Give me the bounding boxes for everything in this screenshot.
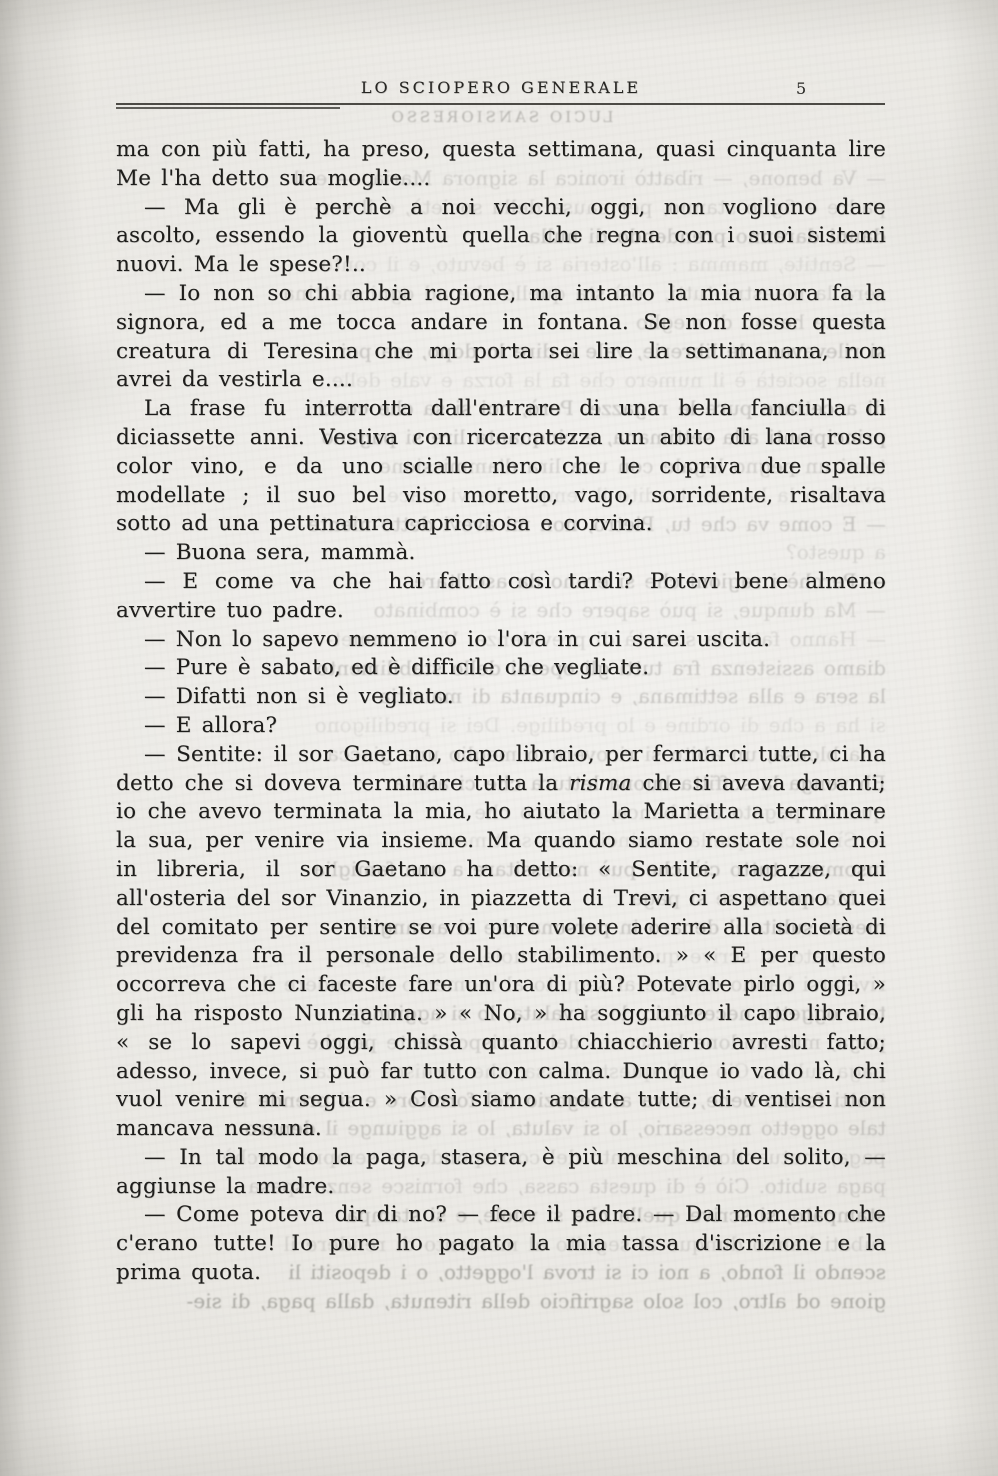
header-rule-left-segment: [116, 107, 340, 109]
running-title: LO SCIOPERO GENERALE: [116, 78, 886, 97]
book-page: LUCIO SANSIORESSO — Va benone, — ribattò…: [0, 0, 998, 1476]
paragraph-text: — In tal modo la paga, stasera, è più me…: [116, 1145, 886, 1199]
paragraph: — E allora?: [116, 712, 886, 741]
paragraph: — Non lo sapevo nemmeno io l'ora in cui …: [116, 626, 886, 655]
paragraph: — In tal modo la paga, stasera, è più me…: [116, 1144, 886, 1202]
paragraph: La frase fu interrotta dall'entrare di u…: [116, 395, 886, 539]
paragraph-text: — Buona sera, mammà.: [144, 540, 416, 565]
paragraph: — Pure è sabato, ed è difficile che vegl…: [116, 654, 886, 683]
paragraph-text: — Difatti non si è vegliato.: [144, 684, 454, 709]
paragraph-text: — Non lo sapevo nemmeno io l'ora in cui …: [144, 627, 770, 652]
paragraph: — Buona sera, mammà.: [116, 539, 886, 568]
paragraph-text: — E allora?: [144, 713, 277, 738]
paragraph-text: — Ma gli è perchè a noi vecchi, oggi, no…: [116, 195, 886, 278]
paragraph: — Come poteva dir di no? — fece il padre…: [116, 1201, 886, 1287]
page-number: 5: [796, 79, 806, 98]
paragraph-text: — E come va che hai fatto così tardi? Po…: [116, 569, 886, 623]
paragraph: — Difatti non si è vegliato.: [116, 683, 886, 712]
text-block: ma con più fatti, ha preso, questa setti…: [116, 136, 886, 1288]
paragraph: — Ma gli è perchè a noi vecchi, oggi, no…: [116, 194, 886, 280]
paragraph-text: — Come poteva dir di no? — fece il padre…: [116, 1202, 886, 1285]
italic-word: risma: [569, 771, 631, 796]
header-rule: [116, 103, 885, 105]
paragraph-text: Me l'ha detto sua moglie....: [116, 166, 430, 191]
bleedthrough-line: gione od altro, col solo sagrificio dell…: [116, 1289, 900, 1313]
paragraph: ma con più fatti, ha preso, questa setti…: [116, 136, 886, 165]
paragraph-text: — Pure è sabato, ed è difficile che vegl…: [144, 655, 649, 680]
paragraph: Me l'ha detto sua moglie....: [116, 165, 886, 194]
paragraph: — E come va che hai fatto così tardi? Po…: [116, 568, 886, 626]
paragraph-text: — Io non so chi abbia ragione, ma intant…: [116, 281, 886, 392]
paragraph: — Sentite: il sor Gaetano, capo libraio,…: [116, 741, 886, 1144]
paragraph-text: ma con più fatti, ha preso, questa setti…: [116, 137, 886, 162]
paragraph-text: La frase fu interrotta dall'entrare di u…: [116, 396, 886, 536]
bleedthrough-header: LUCIO SANSIORESSO: [116, 108, 886, 126]
paragraph: — Io non so chi abbia ragione, ma intant…: [116, 280, 886, 395]
paragraph-text: che si aveva davanti; io che avevo termi…: [116, 771, 886, 1142]
